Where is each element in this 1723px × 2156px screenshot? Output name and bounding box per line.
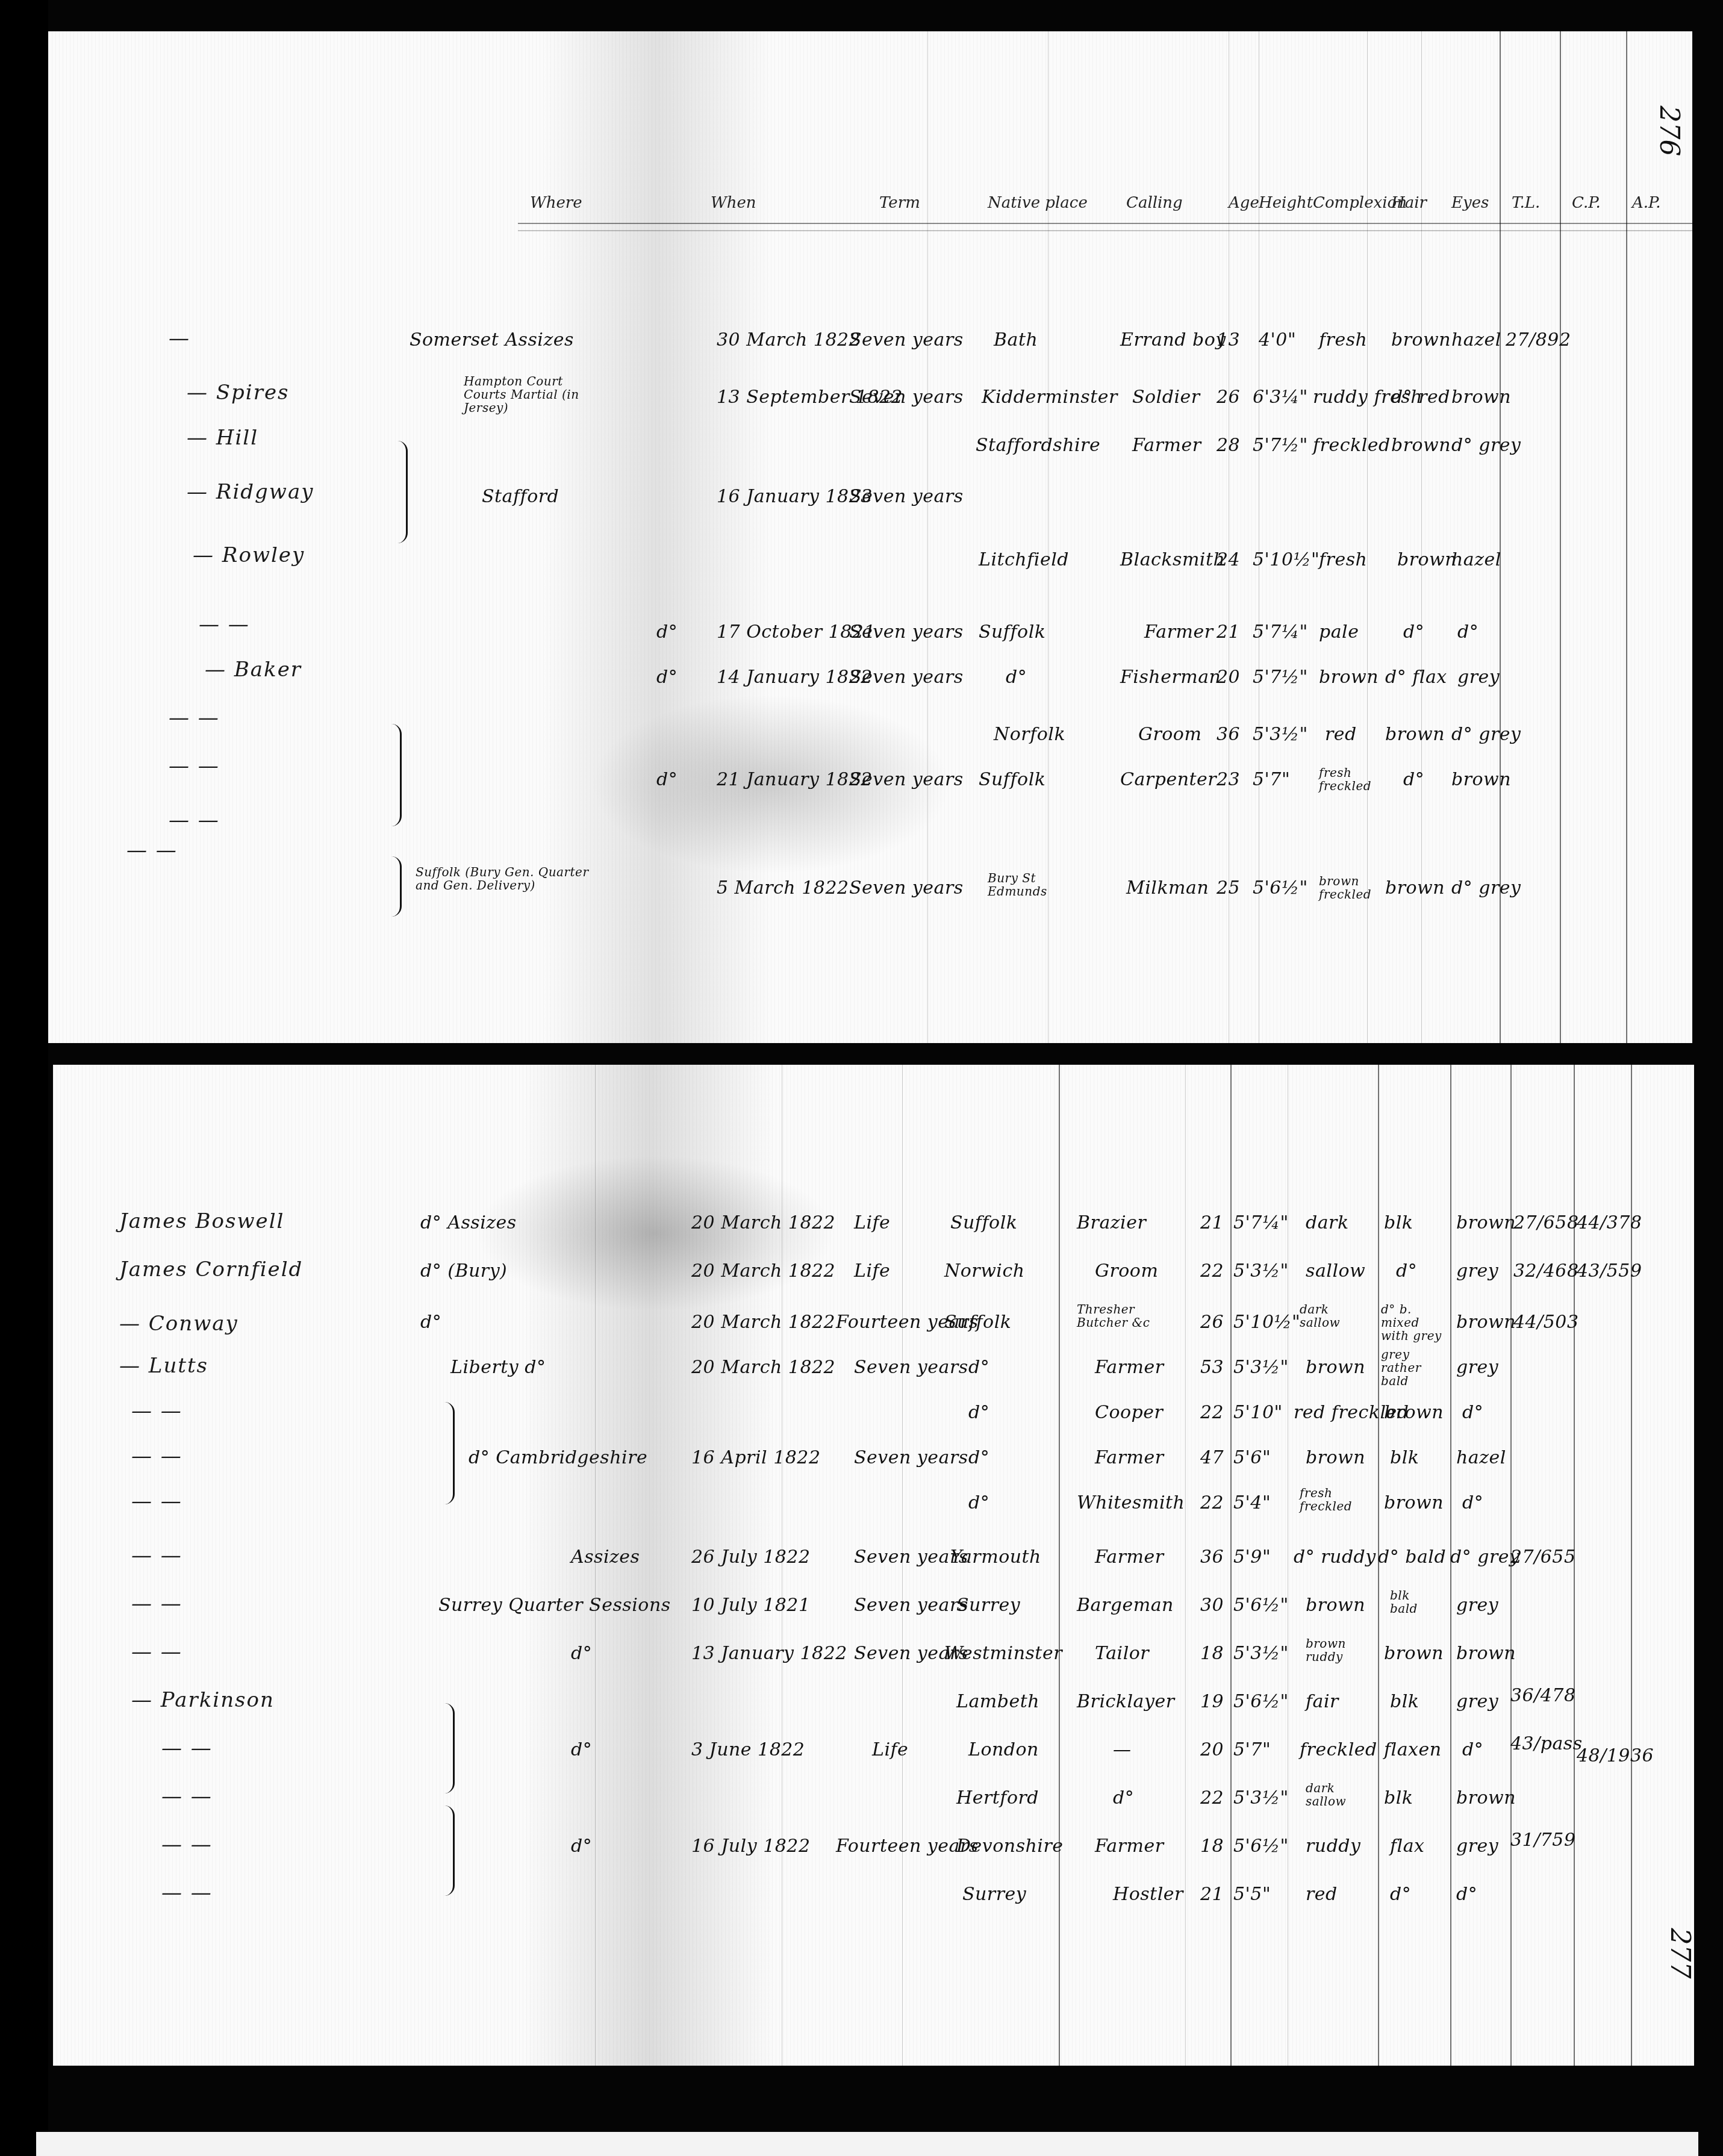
height: 5'6½" xyxy=(1253,877,1308,899)
hair: d° xyxy=(1403,622,1424,643)
complexion: brown xyxy=(1306,1357,1365,1378)
where-tried: Hampton Court Courts Martial (in Jersey) xyxy=(464,375,608,414)
calling: Farmer xyxy=(1095,1836,1164,1857)
ticket-of-leave: 44/503 xyxy=(1513,1312,1579,1333)
native-place: Surrey xyxy=(962,1884,1026,1905)
height: 5'7½" xyxy=(1253,667,1308,688)
hair: brown xyxy=(1384,1402,1444,1423)
col-header-term: Term xyxy=(879,194,920,212)
age: 21 xyxy=(1217,622,1240,643)
hair: d° red xyxy=(1391,387,1450,408)
ticket-of-leave: 32/468 xyxy=(1513,1260,1579,1282)
age: 19 xyxy=(1200,1691,1224,1712)
convict-name: — xyxy=(169,326,190,351)
where-tried: Liberty d° xyxy=(450,1357,546,1378)
height: 5'5" xyxy=(1233,1884,1271,1905)
page-number: 277 xyxy=(1665,1928,1694,1979)
convict-name: — — xyxy=(169,706,220,730)
where-tried: d° (Bury) xyxy=(420,1260,507,1282)
height: 5'7¼" xyxy=(1233,1212,1289,1233)
term: Seven years xyxy=(849,769,964,790)
term: Life xyxy=(854,1260,890,1282)
calling: Errand boy xyxy=(1120,329,1226,351)
calling: Milkman xyxy=(1126,877,1209,899)
convict-name: — — xyxy=(131,1444,182,1468)
bracket xyxy=(444,1703,455,1793)
age: 22 xyxy=(1200,1787,1224,1809)
when-tried: 13 January 1822 xyxy=(691,1643,847,1664)
where-tried: Surrey Quarter Sessions xyxy=(438,1595,671,1616)
hair: blk xyxy=(1390,1691,1419,1712)
age: 23 xyxy=(1217,769,1240,790)
col-header-eyes: Eyes xyxy=(1451,194,1489,212)
age: 24 xyxy=(1217,549,1240,570)
convict-name: — Hill xyxy=(187,426,258,450)
native-place: Westminster xyxy=(944,1643,1062,1664)
page-number: 276 xyxy=(1654,106,1684,157)
convict-name: — Rowley xyxy=(193,543,305,567)
col-header-calling: Calling xyxy=(1126,194,1183,212)
native-place: d° xyxy=(968,1402,989,1423)
calling: Bricklayer xyxy=(1077,1691,1175,1712)
calling: Bargeman xyxy=(1077,1595,1174,1616)
col-header-ap: A.P. xyxy=(1632,194,1661,212)
height: 5'4" xyxy=(1233,1492,1271,1513)
native-place: Kidderminster xyxy=(982,387,1118,408)
complexion: ruddy xyxy=(1306,1836,1361,1857)
col-header-native-place: Native place xyxy=(988,194,1088,212)
hair: brown xyxy=(1385,877,1445,899)
height: 5'7" xyxy=(1253,769,1290,790)
native-place: Norfolk xyxy=(994,724,1065,745)
age: 26 xyxy=(1200,1312,1224,1333)
height: 6'3¼" xyxy=(1253,387,1308,408)
age: 18 xyxy=(1200,1836,1224,1857)
complexion: fair xyxy=(1306,1691,1339,1712)
when-tried: 3 June 1822 xyxy=(691,1739,805,1760)
height: 5'6½" xyxy=(1233,1836,1289,1857)
native-place: London xyxy=(968,1739,1039,1760)
eyes: grey xyxy=(1456,1691,1498,1712)
height: 5'7½" xyxy=(1253,435,1308,456)
convict-name: — Spires xyxy=(187,381,290,405)
eyes: d° xyxy=(1456,1884,1477,1905)
hair: blk xyxy=(1384,1212,1413,1233)
convict-name: — Ridgway xyxy=(187,480,314,504)
eyes: brown xyxy=(1451,769,1511,790)
when-tried: 10 July 1821 xyxy=(691,1595,810,1616)
convict-name: — — xyxy=(199,612,250,637)
ticket-of-leave: 27/892 xyxy=(1506,329,1571,351)
when-tried: 5 March 1822 xyxy=(717,877,849,899)
where-tried: Somerset Assizes xyxy=(410,329,574,351)
eyes: hazel xyxy=(1451,549,1501,570)
height: 5'6½" xyxy=(1233,1595,1289,1616)
hair: d° flax xyxy=(1385,667,1447,688)
eyes: brown xyxy=(1456,1643,1516,1664)
calling: Farmer xyxy=(1095,1447,1164,1468)
complexion: brown xyxy=(1319,667,1379,688)
complexion: fresh xyxy=(1319,549,1367,570)
convict-name: — — xyxy=(126,838,178,862)
where-tried: d° xyxy=(656,769,678,790)
native-place: Suffolk xyxy=(944,1312,1011,1333)
complexion: freckled xyxy=(1300,1739,1377,1760)
calling: Carpenter xyxy=(1120,769,1217,790)
where-tried: Suffolk (Bury Gen. Quarter and Gen. Deli… xyxy=(416,865,596,892)
eyes: grey xyxy=(1456,1595,1498,1616)
age: 21 xyxy=(1200,1212,1224,1233)
eyes: brown xyxy=(1456,1312,1516,1333)
hair: d° xyxy=(1396,1260,1417,1282)
convict-name: — — xyxy=(131,1640,182,1664)
when-tried: 30 March 1822 xyxy=(717,329,861,351)
height: 5'3½" xyxy=(1233,1260,1289,1282)
certificate-pardon: 48/1936 xyxy=(1577,1745,1654,1766)
native-place: Bath xyxy=(994,329,1038,351)
col-header-cp: C.P. xyxy=(1572,194,1601,212)
native-place: d° xyxy=(968,1492,989,1513)
convict-name: — — xyxy=(161,1833,213,1857)
where-tried: d° xyxy=(420,1312,441,1333)
convict-name: — — xyxy=(161,1736,213,1760)
certificate-pardon: 44/378 xyxy=(1577,1212,1642,1233)
native-place: Devonshire xyxy=(956,1836,1064,1857)
native-place: Hertford xyxy=(956,1787,1039,1809)
bracket xyxy=(444,1402,455,1504)
hair: d° b. mixed with grey xyxy=(1381,1303,1447,1342)
age: 53 xyxy=(1200,1357,1224,1378)
where-tried: Assizes xyxy=(571,1547,640,1568)
convict-name: James Boswell xyxy=(119,1209,284,1233)
next-page-edge xyxy=(36,2132,1698,2156)
complexion: brown xyxy=(1306,1595,1365,1616)
age: 22 xyxy=(1200,1492,1224,1513)
complexion: fresh xyxy=(1319,329,1367,351)
convict-name: — Baker xyxy=(205,658,302,682)
where-tried: d° Cambridgeshire xyxy=(469,1447,647,1468)
height: 5'10½" xyxy=(1233,1312,1300,1333)
age: 47 xyxy=(1200,1447,1224,1468)
term: Life xyxy=(854,1212,890,1233)
convict-name: — — xyxy=(131,1399,182,1423)
hair: d° xyxy=(1403,769,1424,790)
register-page-276: 276 Where When Term Native place Calling… xyxy=(48,31,1692,1043)
calling: Whitesmith xyxy=(1077,1492,1185,1513)
where-tried: d° xyxy=(571,1739,592,1760)
calling: Farmer xyxy=(1132,435,1201,456)
where-tried: d° xyxy=(571,1643,592,1664)
calling: Thresher Butcher &c xyxy=(1077,1303,1173,1329)
complexion: dark sallow xyxy=(1300,1303,1366,1329)
term: Seven years xyxy=(849,877,964,899)
eyes: brown xyxy=(1451,387,1511,408)
convict-name: — — xyxy=(169,808,220,832)
calling: Tailor xyxy=(1095,1643,1149,1664)
convict-name: — — xyxy=(161,1881,213,1905)
when-tried: 26 July 1822 xyxy=(691,1547,810,1568)
native-place: Staffordshire xyxy=(976,435,1100,456)
hair: flax xyxy=(1390,1836,1425,1857)
native-place: d° xyxy=(968,1357,989,1378)
age: 28 xyxy=(1217,435,1240,456)
native-place: d° xyxy=(968,1447,989,1468)
calling: Cooper xyxy=(1095,1402,1163,1423)
calling: Blacksmith xyxy=(1120,549,1225,570)
eyes: d° grey xyxy=(1450,1547,1520,1568)
calling: Fisherman xyxy=(1120,667,1221,688)
calling: Farmer xyxy=(1144,622,1214,643)
calling: Farmer xyxy=(1095,1547,1164,1568)
calling: Groom xyxy=(1095,1260,1158,1282)
complexion: freckled xyxy=(1313,435,1391,456)
native-place: Suffolk xyxy=(950,1212,1017,1233)
height: 4'0" xyxy=(1259,329,1296,351)
term: Seven years xyxy=(854,1357,968,1378)
complexion: dark xyxy=(1306,1212,1349,1233)
term: Seven years xyxy=(849,486,964,507)
native-place: Yarmouth xyxy=(950,1547,1041,1568)
age: 22 xyxy=(1200,1402,1224,1423)
convict-name: — — xyxy=(131,1544,182,1568)
eyes: d° grey xyxy=(1451,435,1521,456)
height: 5'10" xyxy=(1233,1402,1283,1423)
age: 25 xyxy=(1217,877,1240,899)
eyes: grey xyxy=(1457,667,1500,688)
complexion: brown ruddy xyxy=(1306,1637,1360,1663)
calling: Soldier xyxy=(1132,387,1200,408)
convict-name: — — xyxy=(169,754,220,778)
eyes: grey xyxy=(1456,1836,1498,1857)
term: Seven years xyxy=(849,667,964,688)
where-tried: d° xyxy=(656,667,678,688)
eyes: grey xyxy=(1456,1260,1498,1282)
ticket-of-leave: 27/655 xyxy=(1510,1547,1576,1568)
hair: brown xyxy=(1391,329,1451,351)
age: 30 xyxy=(1200,1595,1224,1616)
eyes: hazel xyxy=(1451,329,1501,351)
eyes: d° xyxy=(1462,1492,1483,1513)
ticket-of-leave: 43/pass xyxy=(1510,1733,1583,1754)
hair: brown xyxy=(1384,1492,1444,1513)
term: Seven years xyxy=(854,1595,968,1616)
complexion: sallow xyxy=(1306,1260,1365,1282)
eyes: d° xyxy=(1457,622,1478,643)
when-tried: 20 March 1822 xyxy=(691,1357,835,1378)
complexion: brown freckled xyxy=(1319,874,1367,901)
height: 5'3½" xyxy=(1233,1643,1289,1664)
bracket xyxy=(444,1805,455,1896)
calling: — xyxy=(1113,1739,1132,1760)
age: 22 xyxy=(1200,1260,1224,1282)
native-place: Norwich xyxy=(944,1260,1025,1282)
ticket-of-leave: 36/478 xyxy=(1510,1685,1576,1706)
when-tried: 20 March 1822 xyxy=(691,1312,835,1333)
complexion: pale xyxy=(1319,622,1359,643)
hair: blk xyxy=(1384,1787,1413,1809)
hair: brown xyxy=(1384,1643,1444,1664)
calling: Groom xyxy=(1138,724,1201,745)
register-page-277: 277 James Boswell d° Assizes 20 March 18… xyxy=(53,1065,1694,2066)
convict-name: — — xyxy=(161,1784,213,1809)
hair: blk bald xyxy=(1390,1589,1438,1615)
hair: d° xyxy=(1390,1884,1411,1905)
native-place: Lambeth xyxy=(956,1691,1039,1712)
eyes: d° xyxy=(1462,1402,1483,1423)
complexion: red xyxy=(1325,724,1357,745)
eyes: d° grey xyxy=(1451,877,1521,899)
eyes: hazel xyxy=(1456,1447,1506,1468)
col-header-when: When xyxy=(711,194,756,212)
eyes: d° xyxy=(1462,1739,1483,1760)
col-header-tl: T.L. xyxy=(1512,194,1540,212)
convict-name: — Parkinson xyxy=(131,1688,275,1712)
certificate-pardon: 43/559 xyxy=(1577,1260,1642,1282)
bracket xyxy=(391,856,402,917)
convict-name: — — xyxy=(131,1592,182,1616)
where-tried: d° xyxy=(571,1836,592,1857)
when-tried: 16 April 1822 xyxy=(691,1447,821,1468)
where-tried: d° Assizes xyxy=(420,1212,517,1233)
age: 36 xyxy=(1217,724,1240,745)
complexion: brown xyxy=(1306,1447,1365,1468)
hair: d° bald xyxy=(1378,1547,1446,1568)
native-place: d° xyxy=(1006,667,1027,688)
where-tried: d° xyxy=(656,622,678,643)
native-place: Suffolk xyxy=(979,769,1045,790)
col-header-where: Where xyxy=(530,194,582,212)
col-header-hair: Hair xyxy=(1391,194,1427,212)
eyes: brown xyxy=(1456,1212,1516,1233)
height: 5'3½" xyxy=(1233,1787,1289,1809)
convict-name: — Lutts xyxy=(119,1354,208,1378)
convict-name: — Conway xyxy=(119,1312,238,1336)
when-tried: 20 March 1822 xyxy=(691,1260,835,1282)
hair: flaxen xyxy=(1384,1739,1442,1760)
term: Seven years xyxy=(849,387,964,408)
complexion: fresh freckled xyxy=(1319,766,1367,793)
hair: grey rather bald xyxy=(1381,1348,1441,1388)
term: Seven years xyxy=(849,622,964,643)
height: 5'7¼" xyxy=(1253,622,1308,643)
col-header-height: Height xyxy=(1259,194,1313,212)
ticket-of-leave: 27/658 xyxy=(1513,1212,1579,1233)
ticket-of-leave: 31/759 xyxy=(1510,1830,1576,1851)
calling: d° xyxy=(1113,1787,1134,1809)
age: 21 xyxy=(1200,1884,1224,1905)
calling: Brazier xyxy=(1077,1212,1146,1233)
complexion: red xyxy=(1306,1884,1338,1905)
height: 5'6" xyxy=(1233,1447,1271,1468)
calling: Farmer xyxy=(1095,1357,1164,1378)
term: Seven years xyxy=(849,329,964,351)
height: 5'6½" xyxy=(1233,1691,1289,1712)
term: Seven years xyxy=(854,1447,968,1468)
native-place: Litchfield xyxy=(979,549,1069,570)
header-rule xyxy=(518,223,1692,224)
where-tried: Stafford xyxy=(482,486,559,507)
complexion: d° ruddy xyxy=(1294,1547,1376,1568)
convict-name: — — xyxy=(131,1489,182,1513)
col-header-age: Age xyxy=(1229,194,1259,212)
when-tried: 16 July 1822 xyxy=(691,1836,810,1857)
complexion: dark sallow xyxy=(1306,1781,1360,1808)
hair: brown xyxy=(1397,549,1457,570)
calling: Hostler xyxy=(1113,1884,1183,1905)
eyes: d° grey xyxy=(1451,724,1521,745)
bracket xyxy=(397,441,408,543)
height: 5'7" xyxy=(1233,1739,1271,1760)
hair: brown xyxy=(1385,724,1445,745)
native-place: Surrey xyxy=(956,1595,1020,1616)
height: 5'3½" xyxy=(1233,1357,1289,1378)
age: 26 xyxy=(1217,387,1240,408)
convict-name: James Cornfield xyxy=(119,1257,303,1282)
age: 20 xyxy=(1200,1739,1224,1760)
bracket xyxy=(391,724,402,826)
when-tried: 20 March 1822 xyxy=(691,1212,835,1233)
hair: brown xyxy=(1391,435,1451,456)
term: Life xyxy=(872,1739,908,1760)
native-place: Suffolk xyxy=(979,622,1045,643)
native-place: Bury St Edmunds xyxy=(988,871,1072,898)
height: 5'9" xyxy=(1233,1547,1271,1568)
complexion: fresh freckled xyxy=(1300,1486,1360,1513)
hair: blk xyxy=(1390,1447,1419,1468)
age: 18 xyxy=(1200,1643,1224,1664)
age: 36 xyxy=(1200,1547,1224,1568)
eyes: brown xyxy=(1456,1787,1516,1809)
height: 5'3½" xyxy=(1253,724,1308,745)
eyes: grey xyxy=(1456,1357,1498,1378)
height: 5'10½" xyxy=(1253,549,1320,570)
age: 13 xyxy=(1217,329,1240,351)
age: 20 xyxy=(1217,667,1240,688)
scan-border xyxy=(0,0,48,2156)
